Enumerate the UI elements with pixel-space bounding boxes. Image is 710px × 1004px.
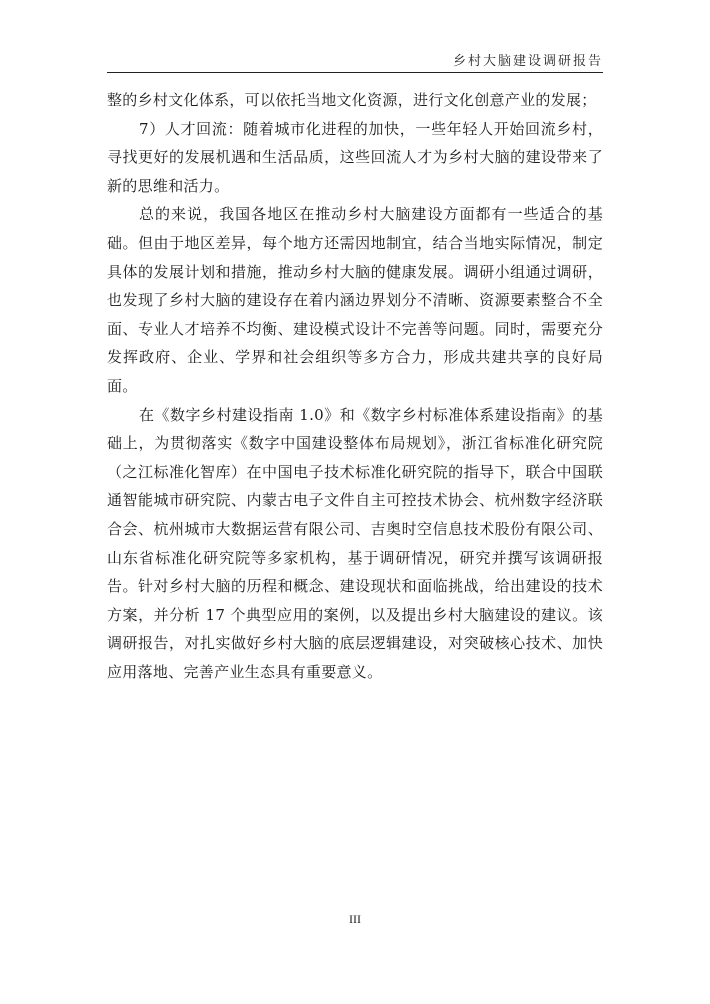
body-text: 整的乡村文化体系，可以依托当地文化资源，进行文化创意产业的发展； 7）人才回流：… (107, 86, 603, 686)
paragraph-talent-return: 7）人才回流：随着城市化进程的加快，一些年轻人开始回流乡村，寻找更好的发展机遇和… (107, 115, 603, 201)
running-header-title: 乡村大脑建设调研报告 (453, 50, 603, 69)
paragraph-continuation: 整的乡村文化体系，可以依托当地文化资源，进行文化创意产业的发展； (107, 86, 603, 115)
paragraph-summary: 总的来说，我国各地区在推动乡村大脑建设方面都有一些适合的基础。但由于地区差异，每… (107, 200, 603, 400)
page-number: III (0, 912, 710, 927)
paragraph-report-background: 在《数字乡村建设指南 1.0》和《数字乡村标准体系建设指南》的基础上，为贯彻落实… (107, 401, 603, 687)
document-page: 乡村大脑建设调研报告 整的乡村文化体系，可以依托当地文化资源，进行文化创意产业的… (0, 0, 710, 1004)
header-divider (107, 72, 603, 73)
